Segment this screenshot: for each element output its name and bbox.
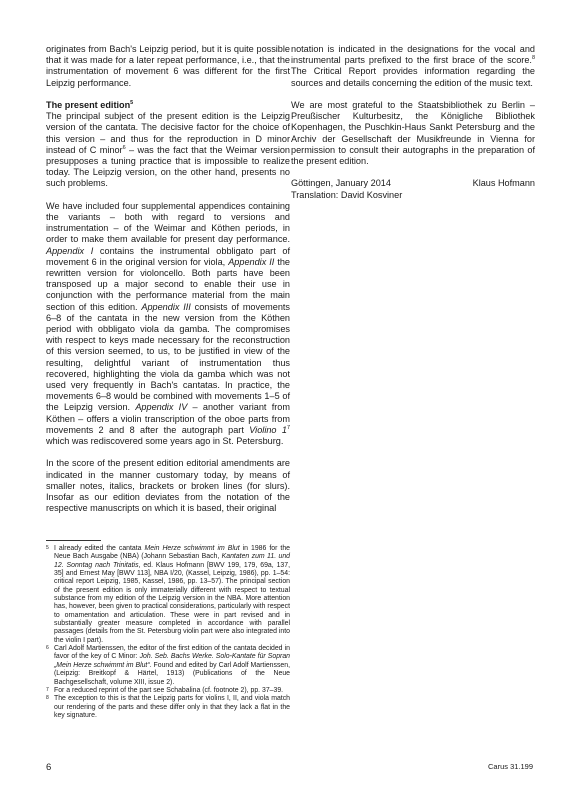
footnote-text: I already edited the cantata: [54, 545, 145, 552]
footnote-text: For a reduced reprint of the part see Sc…: [54, 687, 283, 694]
footnote-ref[interactable]: 7: [287, 425, 290, 431]
italic-term: Appendix III: [141, 302, 190, 312]
footnote-ref[interactable]: 5: [130, 100, 133, 106]
paragraph: In the score of the present edition edit…: [46, 458, 290, 514]
italic-term: Appendix II: [228, 257, 274, 267]
footnote: 8The exception to this is that the Leipz…: [46, 695, 290, 720]
paragraph: We have included four supplemental appen…: [46, 201, 290, 447]
italic-term: Appendix IV: [135, 402, 187, 412]
author-name: Klaus Hofmann: [473, 178, 535, 189]
catalog-number: Carus 31.199: [488, 762, 533, 771]
paragraph-text: In the score of the present edition edit…: [46, 458, 290, 513]
footnote-text: The exception to this is that the Leipzi…: [54, 695, 290, 719]
paragraph: originates from Bach's Leipzig period, b…: [46, 44, 290, 89]
paragraph: notation is indicated in the designation…: [291, 44, 535, 89]
footnote: 7For a reduced reprint of the part see S…: [46, 687, 290, 695]
footnote-number: 7: [46, 686, 49, 694]
signature-line: Göttingen, January 2014 Klaus Hofmann: [291, 178, 535, 189]
footnote-ref[interactable]: 8: [532, 55, 535, 61]
page-number: 6: [46, 762, 51, 773]
place-date: Göttingen, January 2014: [291, 178, 391, 189]
paragraph-text: which was rediscovered some years ago in…: [46, 436, 283, 446]
paragraph-text: We have included four supplemental appen…: [46, 201, 290, 245]
footnote: 5I already edited the cantata Mein Herze…: [46, 545, 290, 645]
left-column: originates from Bach's Leipzig period, b…: [46, 44, 290, 526]
italic-term: Appendix I: [46, 246, 93, 256]
paragraph-text: We are most grateful to the Staatsbiblio…: [291, 100, 535, 166]
footnote-divider: [46, 540, 101, 541]
footnote-number: 8: [46, 694, 49, 702]
footnote: 6Carl Adolf Martienssen, the editor of t…: [46, 645, 290, 687]
footnote-number: 5: [46, 544, 49, 552]
paragraph: We are most grateful to the Staatsbiblio…: [291, 100, 535, 167]
italic-title: Mein Herze schwimmt im Blut: [145, 545, 240, 552]
heading-text: The present edition: [46, 100, 130, 110]
section-heading: The present edition5: [46, 100, 290, 111]
right-column: notation is indicated in the designation…: [291, 44, 535, 201]
paragraph-text: The Critical Report provides information…: [291, 66, 535, 87]
paragraph: The principal subject of the present edi…: [46, 111, 290, 189]
footnote-text: , ed. Klaus Hofmann [BWV 199, 179, 69a, …: [54, 562, 290, 644]
translator-credit: Translation: David Kosviner: [291, 190, 535, 201]
footnotes: 5I already edited the cantata Mein Herze…: [46, 540, 290, 720]
paragraph-text: notation is indicated in the designation…: [291, 44, 535, 65]
paragraph-text: consists of movements 6–8 of the cantata…: [46, 302, 290, 413]
italic-term: Violino 1: [249, 425, 287, 435]
footnote-number: 6: [46, 644, 49, 652]
paragraph-text: originates from Bach's Leipzig period, b…: [46, 44, 290, 88]
document-page: originates from Bach's Leipzig period, b…: [0, 0, 563, 800]
